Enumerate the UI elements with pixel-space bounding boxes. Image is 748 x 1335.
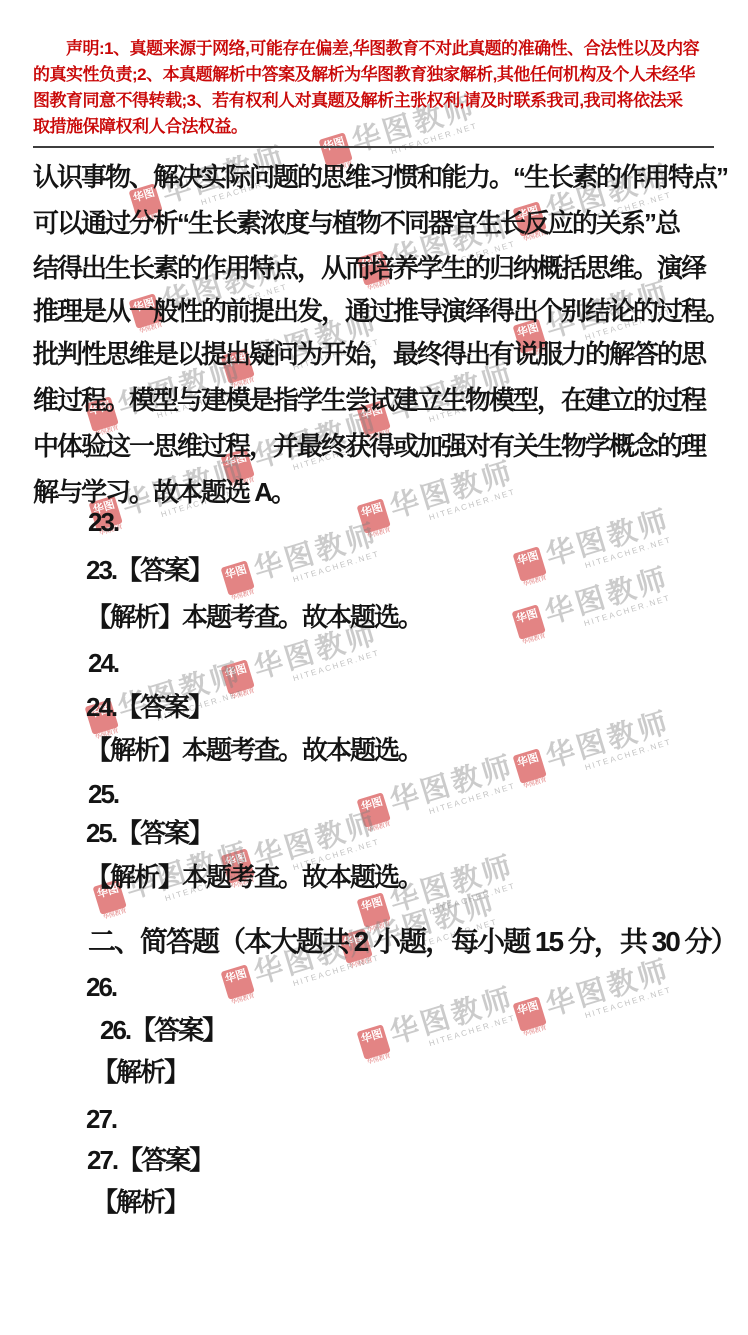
text-line: 【解析】本题考查。故本题选。 (86, 863, 422, 893)
text-line: 26.【答案】 (100, 1016, 226, 1046)
text-line: 25.【答案】 (86, 819, 212, 849)
text-line: 结得出生长素的作用特点，从而培养学生的归纳概括思维。演绎 (33, 254, 705, 284)
document-page: 华图华图教育华图教师HITEACHER.NET华图华图教育华图教师HITEACH… (0, 0, 748, 1335)
text-line: 27. (86, 1105, 116, 1135)
text-line: 24.【答案】 (86, 693, 212, 723)
text-line: 中体验这一思维过程，并最终获得或加强对有关生物学概念的理 (33, 432, 705, 462)
text-line: 24. (88, 649, 118, 679)
text-line: 【解析】 (92, 1058, 188, 1088)
text-line: 二、简答题（本大题共 2 小题，每小题 15 分，共 30 分） (88, 926, 737, 958)
text-line: 23. (88, 508, 118, 538)
text-line: 【解析】 (92, 1188, 188, 1218)
text-line: 25. (88, 780, 118, 810)
text-line: 26. (86, 973, 116, 1003)
text-line: 【解析】本题考查。故本题选。 (86, 603, 422, 633)
text-layer: 认识事物、解决实际问题的思维习惯和能力。“生长素的作用特点”可以通过分析“生长素… (0, 0, 748, 1335)
text-line: 推理是从一般性的前提出发，通过推导演绎得出个别结论的过程。 (33, 297, 729, 327)
text-line: 解与学习。故本题选 A。 (33, 478, 295, 508)
text-line: 【解析】本题考查。故本题选。 (86, 736, 422, 766)
page-content: 声明:1、真题来源于网络,可能存在偏差,华图教育不对此真题的准确性、合法性以及内… (0, 0, 748, 1335)
text-line: 27.【答案】 (87, 1146, 213, 1176)
text-line: 维过程。模型与建模是指学生尝试建立生物模型，在建立的过程 (33, 386, 705, 416)
text-line: 认识事物、解决实际问题的思维习惯和能力。“生长素的作用特点” (33, 163, 727, 193)
text-line: 可以通过分析“生长素浓度与植物不同器官生长反应的关系”总 (33, 209, 679, 239)
text-line: 批判性思维是以提出疑问为开始，最终得出有说服力的解答的思 (33, 340, 705, 370)
text-line: 23.【答案】 (86, 556, 212, 586)
